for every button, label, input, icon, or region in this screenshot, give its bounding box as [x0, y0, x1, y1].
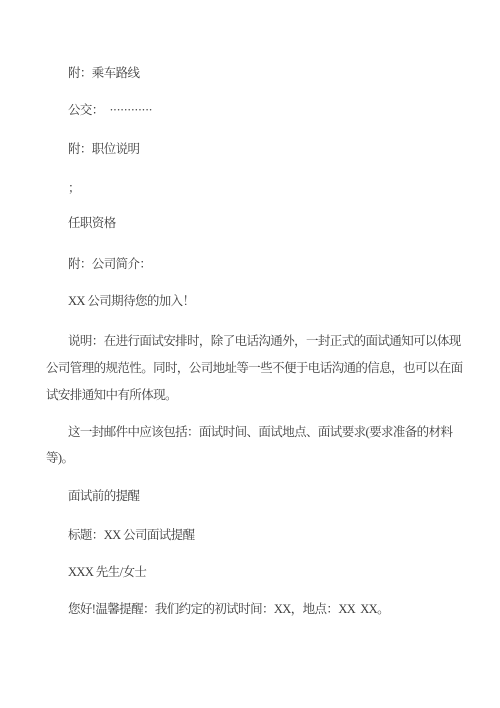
text-line: 试安排通知中有所体现。 [46, 388, 177, 403]
text-line: 这一封邮件中应该包括：面试时间、面试地点、面试要求(要求准备的材料 [68, 425, 452, 440]
text-line: 附：职位说明 [68, 142, 139, 157]
text-line: 附：乘车路线 [68, 66, 139, 81]
text-line: XXX 先生/女士 [68, 565, 146, 580]
text-line: 公司管理的规范性。同时，公司地址等一些不便于电话沟通的信息，也可以在面 [46, 361, 463, 376]
text-line: 等)。 [46, 451, 73, 466]
text-line: 任职资格 [68, 216, 116, 231]
text-line: ； [68, 181, 80, 196]
document-page: 附：乘车路线 公交： ············ 附：职位说明 ； 任职资格 附：… [0, 0, 500, 708]
text-line: 说明：在进行面试安排时，除了电话沟通外，一封正式的面试通知可以体现 [68, 334, 461, 349]
text-line: 公交： ············ [68, 103, 152, 118]
text-line: XX 公司期待您的加入！ [68, 294, 194, 309]
text-line: 标题：XX 公司面试提醒 [68, 528, 194, 543]
text-line: 您好!温馨提醒：我们约定的初试时间：XX，地点：XX XX。 [68, 602, 389, 617]
text-line: 面试前的提醒 [68, 489, 139, 504]
text-line: 附：公司简介： [68, 257, 151, 272]
